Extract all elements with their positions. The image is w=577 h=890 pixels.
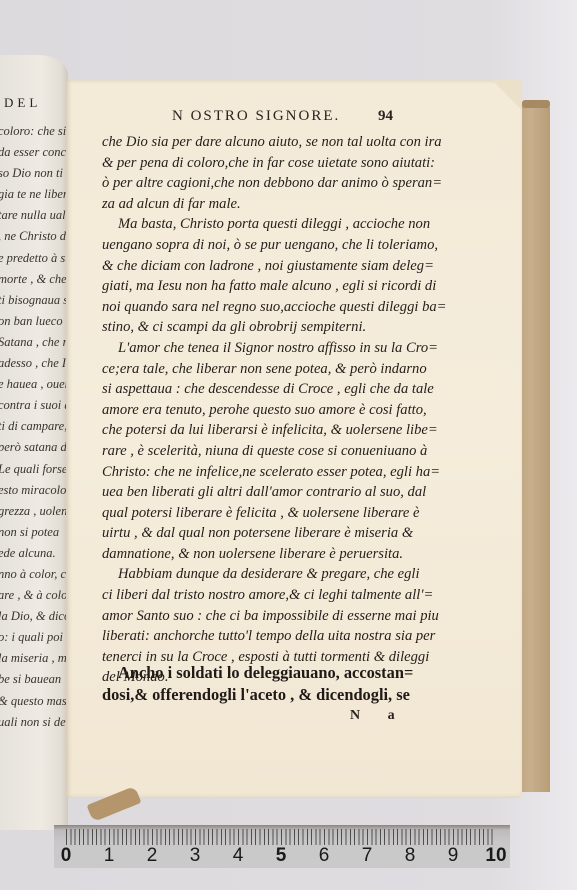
left-running-head: DEL <box>4 95 41 111</box>
text-line: che potersi da lui liberarsi è infelicit… <box>102 420 492 441</box>
left-page: DEL coloro: che si fidanoda esser conced… <box>0 55 68 830</box>
ruler-label: 7 <box>362 845 373 867</box>
left-text-line: morte , & chel tem <box>0 269 68 290</box>
ruler-label: 0 <box>61 845 72 867</box>
left-text-line: esto miracolo del <box>0 480 68 501</box>
left-text-line: però satana da quel <box>0 437 68 458</box>
text-line: za ad alcun di far male. <box>102 194 492 215</box>
text-line: Ancho i soldati lo deleggiauano, accosta… <box>102 662 502 684</box>
text-line: stino, & ci scampi da gli obrobrij sempi… <box>102 317 492 338</box>
left-text-line: & questo massimo <box>0 691 68 712</box>
text-line: noi quando sara nel regno suo,accioche q… <box>102 297 492 318</box>
left-text-line: gia te ne liberarebbe <box>0 184 68 205</box>
text-line: si aspettaua : che descendesse di Croce … <box>102 379 492 400</box>
left-text-line: grezza , uolendo <box>0 501 68 522</box>
text-line: ci liberi dal tristo nostro amore,& ci l… <box>102 585 492 606</box>
text-line: dosi,& offerendogli l'aceto , & dicendog… <box>102 684 502 706</box>
left-text-line: are , & à coloro <box>0 585 68 606</box>
left-text-line: contra i suoi delegg <box>0 395 68 416</box>
text-line: L'amor che tenea il Signor nostro affiss… <box>102 338 492 359</box>
left-text-line: non si potea <box>0 522 68 543</box>
left-text-line: ti bisognaua seruo <box>0 290 68 311</box>
ruler-label: 2 <box>147 845 158 867</box>
ruler-label: 8 <box>405 845 416 867</box>
left-text-line: adesso , che Iesu <box>0 353 68 374</box>
left-text-line: e hauea , ouero <box>0 374 68 395</box>
text-line: ce;era tale, che liberar non sene potea,… <box>102 359 492 380</box>
text-line: amor Santo suo : che ci ba impossibile d… <box>102 606 492 627</box>
text-line: uengano sopra di noi, ò se pur uengano, … <box>102 235 492 256</box>
left-text-line: Le quali forse <box>0 459 68 480</box>
left-text-line: tare nulla uale, pero <box>0 205 68 226</box>
left-text-line: so Dio non ti barebbe <box>0 163 68 184</box>
left-text-line: o: i quali poi <box>0 627 68 648</box>
left-text-line: da esser conceduto <box>0 142 68 163</box>
text-line: & per pena di coloro,che in far cose uie… <box>102 153 492 174</box>
left-text-line: , ne Christo douea <box>0 226 68 247</box>
text-line: Ma basta, Christo porta questi dileggi ,… <box>102 214 492 235</box>
text-line: & che diciam con ladrone , noi giustamen… <box>102 256 492 277</box>
ruler-label: 5 <box>276 845 287 867</box>
text-line: che Dio sia per dare alcuno aiuto, se no… <box>102 132 492 153</box>
cover-edge <box>522 100 550 108</box>
page-number: 94 <box>378 108 393 125</box>
scale-ruler: 012345678910 <box>54 825 510 868</box>
text-line: rare , è scelerità, niuna di queste cose… <box>102 441 492 462</box>
left-page-text: coloro: che si fidanoda esser concedutos… <box>0 121 68 733</box>
left-text-line: nno à color, che si <box>0 564 68 585</box>
page-corner-fold <box>492 80 522 110</box>
text-line: Christo: che ne infelice,ne scelerato es… <box>102 462 492 483</box>
roman-body-text: Ancho i soldati lo deleggiauano, accosta… <box>102 662 502 706</box>
left-text-line: uali non si dee <box>0 712 68 733</box>
left-text-line: la Dio, & dicono <box>0 606 68 627</box>
text-line: ò per altre cagioni,che non debbono dar … <box>102 173 492 194</box>
left-text-line: ti di campare, & <box>0 416 68 437</box>
vellum-binding-edge <box>518 104 550 792</box>
text-line: Habbiam dunque da desiderare & pregare, … <box>102 564 492 585</box>
text-line: uirtu , & dal qual non potersene liberar… <box>102 523 492 544</box>
left-text-line: on ban lueco , & p <box>0 311 68 332</box>
left-text-line: ede alcuna. <box>0 543 68 564</box>
left-text-line: e predetto à suoi <box>0 248 68 269</box>
italic-body-text: che Dio sia per dare alcuno aiuto, se no… <box>102 132 492 688</box>
text-line: uea ben liberati gli altri dall'amor con… <box>102 482 492 503</box>
text-line: liberati: anchorche tutto'l tempo della … <box>102 626 492 647</box>
signature-mark: N a <box>350 708 407 724</box>
running-head-title: N OSTRO SIGNORE. <box>172 108 340 125</box>
ruler-label: 4 <box>233 845 244 867</box>
ruler-label: 3 <box>190 845 201 867</box>
text-line: damnatione, & non uolersene liberare è p… <box>102 544 492 565</box>
left-text-line: la miseria , mal <box>0 648 68 669</box>
text-line: giati, ma Iesu non ha fatto male alcuno … <box>102 276 492 297</box>
right-page: N OSTRO SIGNORE. 94 che Dio sia per dare… <box>66 80 522 798</box>
left-text-line: be si bauean <box>0 669 68 690</box>
ruler-label: 6 <box>319 845 330 867</box>
text-line: amore era tenuto, perohe questo suo amor… <box>102 400 492 421</box>
left-text-line: coloro: che si fidano <box>0 121 68 142</box>
ruler-label: 10 <box>485 845 506 867</box>
ruler-ticks <box>66 829 496 845</box>
text-line: qual potersi liberare è felicita , & uol… <box>102 503 492 524</box>
ruler-label: 1 <box>104 845 115 867</box>
left-text-line: Satana , che non <box>0 332 68 353</box>
ruler-label: 9 <box>448 845 459 867</box>
